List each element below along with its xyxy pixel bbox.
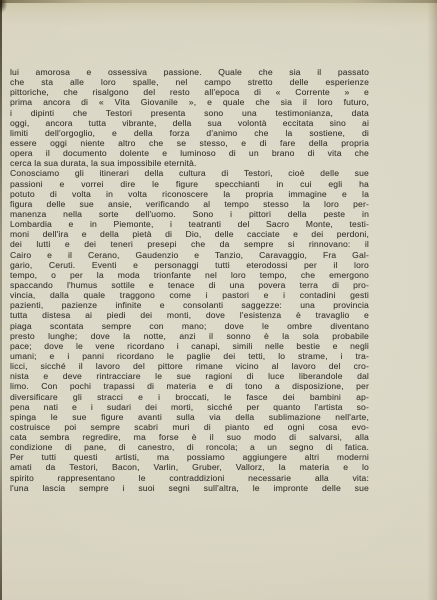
text-line: opera il documento dolente e luminoso di… <box>10 148 369 158</box>
text-line: licci, sicché il lavoro del pittore rima… <box>10 361 369 371</box>
book-page: lui amorosa e ossessiva passione. Quale … <box>0 0 437 600</box>
text-line: pazienti, pazienze infinite e consolanti… <box>10 300 369 310</box>
text-line: manenza nella sorte dell'uomo. Sono i pi… <box>10 209 369 219</box>
text-line: amati da Testori, Bacon, Varlin, Gruber,… <box>10 462 369 472</box>
text-line: condizione di pane, di canestro, di ronc… <box>10 442 369 452</box>
text-line: gario, Ceruti. Eventi e personaggi tutti… <box>10 260 369 270</box>
text-line: cata sembra regredire, ma forse è il suo… <box>10 432 369 442</box>
text-line: spinga le sue figure avanti sulla via de… <box>10 412 369 422</box>
text-line: pace; dove le vene ricordano i canapi, s… <box>10 341 369 351</box>
text-line: cerca la sua durata, la sua impossibile … <box>10 158 369 168</box>
text-line: dei lutti e dei teneri presepi che da se… <box>10 239 369 249</box>
text-line: tutta distesa ai piedi dei monti, dove l… <box>10 310 369 320</box>
text-line: pittoriche, che risalgono del resto all'… <box>10 87 369 97</box>
text-line: umani; e i panni ricordano le paglie dei… <box>10 351 369 361</box>
text-line: potuto di volta in volta riconoscere la … <box>10 189 369 199</box>
text-line: lui amorosa e ossessiva passione. Quale … <box>10 67 369 77</box>
body-text: lui amorosa e ossessiva passione. Quale … <box>10 67 369 493</box>
text-line: figura delle sue ansie, verificando al t… <box>10 199 369 209</box>
text-line: spaccando l'humus sottile e tenace di un… <box>10 280 369 290</box>
text-line: limiti dell'orgoglio, e della forza d'an… <box>10 128 369 138</box>
text-line: l'una lascia sempre i suoi segni sull'al… <box>10 483 369 493</box>
text-line: Per tutti questi artisti, ma possiamo ag… <box>10 452 369 462</box>
text-line: oggi, ancora tutta vibrante, della sua v… <box>10 118 369 128</box>
text-line: prima ancora di « Vita Giovanile », e qu… <box>10 97 369 107</box>
text-line: piaga scontata sempre con mano; dove le … <box>10 321 369 331</box>
page-edge-right <box>427 0 437 600</box>
text-line: moni dell'ira e della pietà di Dio, dell… <box>10 229 369 239</box>
text-line: i dipinti che Testori presenta sono una … <box>10 108 369 118</box>
text-line: nista e deve rintracciare le sue ragioni… <box>10 371 369 381</box>
text-line: spirito rappresentano le contraddizioni … <box>10 473 369 483</box>
text-line: Conosciamo gli itinerari della cultura d… <box>10 168 369 178</box>
text-line: Lombardia e in Piemonte, i teatranti del… <box>10 219 369 229</box>
text-line: che sta alle loro spalle, nel campo stre… <box>10 77 369 87</box>
page-corner-mark <box>0 0 7 13</box>
text-line: presto lunghe; dove la notte, anzi il so… <box>10 331 369 341</box>
text-line: Cairo e il Cerano, Gaudenzio e Tanzio, C… <box>10 250 369 260</box>
text-line: essere oggi niente altro che se stesso, … <box>10 138 369 148</box>
page-edge-top <box>0 0 437 3</box>
text-line: diversificare gli stracci e i broccati, … <box>10 392 369 402</box>
text-line: costruisce poi sempre scabri muri di pia… <box>10 422 369 432</box>
text-line: limo. Con pochi trapassi di materia e di… <box>10 381 369 391</box>
text-line: pena nati e i sudari dei morti, sicché p… <box>10 402 369 412</box>
text-line: vincia, dalla quale traggono come i past… <box>10 290 369 300</box>
page-edge-left <box>0 0 2 600</box>
text-line: tempo, o per la moda trionfante nel loro… <box>10 270 369 280</box>
text-line: passioni e vorrei dire le figure specchi… <box>10 179 369 189</box>
